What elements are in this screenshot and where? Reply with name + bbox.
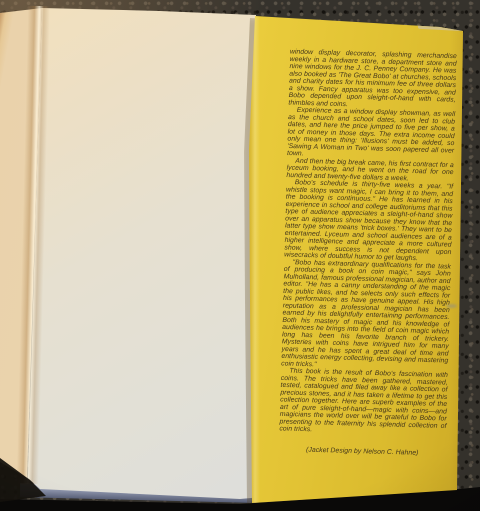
flap-paragraph-2: Experience as a window display showman, … [287, 106, 455, 161]
flap-text-block: window display decorator, splashing merc… [279, 48, 457, 457]
flap-paragraph-5: "Bobo has extraordinary qualifications f… [281, 258, 451, 371]
dust-jacket-flap: window display decorator, splashing merc… [246, 14, 474, 508]
flap-paragraph-1: window display decorator, splashing merc… [288, 48, 457, 111]
book-photo: window display decorator, splashing merc… [0, 0, 480, 511]
flap-paragraph-4: Bobo's schedule is thirty-five weeks a y… [284, 178, 453, 262]
jacket-design-credit: (Jacket Design by Nelson C. Hahne) [279, 445, 446, 457]
flap-paragraph-6: This book is the result of Bobo's fascin… [279, 367, 448, 437]
